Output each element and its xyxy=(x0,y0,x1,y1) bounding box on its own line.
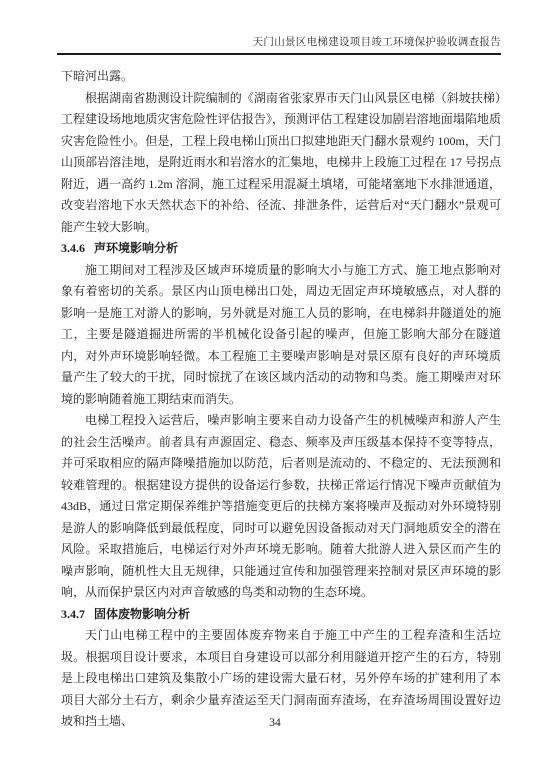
section-number-solid-waste: 3.4.7 xyxy=(61,607,85,621)
running-header: 天门山景区电梯建设项目竣工环境保护验收调查报告 xyxy=(57,36,501,55)
paragraph-noise-construction: 施工期间对工程涉及区域声环境质量的影响大小与施工方式、施工地点影响对象有着密切的… xyxy=(61,260,501,411)
section-heading-solid-waste: 3.4.7固体废物影响分析 xyxy=(61,604,501,626)
running-header-title: 天门山景区电梯建设项目竣工环境保护验收调查报告 xyxy=(253,37,501,48)
paragraph-geology-hazard: 根据湖南省勘测设计院编制的《湖南省张家界市天门山风景区电梯（斜坡扶梯）工程建设场… xyxy=(61,88,501,239)
page-footer: 34 xyxy=(0,717,550,729)
section-number-noise: 3.4.6 xyxy=(61,241,85,255)
page-number: 34 xyxy=(269,717,281,729)
paragraph-noise-operation: 电梯工程投入运营后，噪声影响主要来自动力设备产生的机械噪声和游人产生的社会生活噪… xyxy=(61,410,501,604)
section-title-noise: 声环境影响分析 xyxy=(94,241,178,255)
section-title-solid-waste: 固体废物影响分析 xyxy=(94,607,190,621)
document-body: 下暗河出露。 根据湖南省勘测设计院编制的《湖南省张家界市天门山风景区电梯（斜坡扶… xyxy=(61,66,501,733)
document-page: 天门山景区电梯建设项目竣工环境保护验收调查报告 下暗河出露。 根据湖南省勘测设计… xyxy=(0,0,550,778)
section-heading-noise: 3.4.6声环境影响分析 xyxy=(61,238,501,260)
paragraph-continuation: 下暗河出露。 xyxy=(61,66,501,88)
